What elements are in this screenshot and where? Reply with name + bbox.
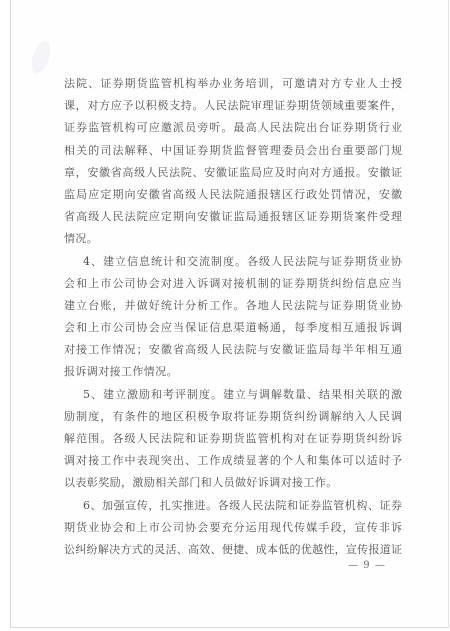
paragraph-heading-line: 4、建立信息统计和交流制度。各级人民法院与证券期货业协 [64, 251, 402, 273]
paragraph-item-5: 5、建立激励和考评制度。建立与调解数量、结果相关联的激 励制度，有条件的地区积极… [64, 384, 402, 495]
text-line: 会和上市公司协会应当保证信息渠道畅通，每季度相互通报诉调 [64, 317, 402, 339]
text-line: 报诉调对接工作情况。 [64, 361, 402, 383]
paragraph-continuation: 法院、证券期货监管机构举办业务培训，可邀请对方专业人士授 课，对方应予以积极支持… [64, 73, 402, 251]
text-line: 以表彰奖励，激励相关部门和人员做好诉调对接工作。 [64, 472, 402, 494]
paragraph-item-6: 6、加强宣传，扎实推进。各级人民法院和证券监管机构、证券 期货业协会和上市公司协… [64, 495, 402, 562]
text-line: 相关的司法解释、中国证券期货监督管理委员会出台重要部门规 [64, 140, 402, 162]
text-line: 证券监管机构可应邀派员旁听。最高人民法院出台证券期货行业 [64, 117, 402, 139]
text-line: 期货业协会和上市公司协会要充分运用现代传媒手段，宣传非诉 [64, 517, 402, 539]
page-number: — 9 — [342, 559, 392, 573]
text-line: 讼纠纷解决方式的灵活、高效、便捷、成本低的优越性，宣传报道证 [64, 539, 402, 561]
text-line: 调对接工作中表现突出、工作成绩显著的个人和集体可以适时予 [64, 450, 402, 472]
text-line: 励制度，有条件的地区积极争取将证券期货纠纷调解纳入人民调 [64, 406, 402, 428]
paragraph-heading-line: 6、加强宣传，扎实推进。各级人民法院和证券监管机构、证券 [64, 495, 402, 517]
text-line: 省高级人民法院应定期向安徽证监局通报辖区证券期货案件受理 [64, 206, 402, 228]
document-body: 法院、证券期货监管机构举办业务培训，可邀请对方专业人士授 课，对方应予以积极支持… [64, 73, 402, 561]
text-line: 建立台账，并做好统计分析工作。各地人民法院与证券期货业协 [64, 295, 402, 317]
text-line: 法院、证券期货监管机构举办业务培训，可邀请对方专业人士授 [64, 73, 402, 95]
text-line: 对接工作情况；安徽省高级人民法院与安徽证监局每半年相互通 [64, 339, 402, 361]
paragraph-item-4: 4、建立信息统计和交流制度。各级人民法院与证券期货业协 会和上市公司协会对进入诉… [64, 251, 402, 384]
scan-smudge [28, 38, 55, 75]
paragraph-heading-line: 5、建立激励和考评制度。建立与调解数量、结果相关联的激 [64, 384, 402, 406]
text-line: 情况。 [64, 228, 402, 250]
text-line: 课，对方应予以积极支持。人民法院审理证券期货领域重要案件， [64, 95, 402, 117]
text-line: 会和上市公司协会对进入诉调对接机制的证券期货纠纷信息应当 [64, 273, 402, 295]
text-line: 监局应定期向安徽省高级人民法院通报辖区行政处罚情况，安徽 [64, 184, 402, 206]
text-line: 解范围。各级人民法院和证券期货监管机构对在证券期货纠纷诉 [64, 428, 402, 450]
text-line: 章，安徽省高级人民法院、安徽证监局应及时向对方通报。安徽证 [64, 162, 402, 184]
